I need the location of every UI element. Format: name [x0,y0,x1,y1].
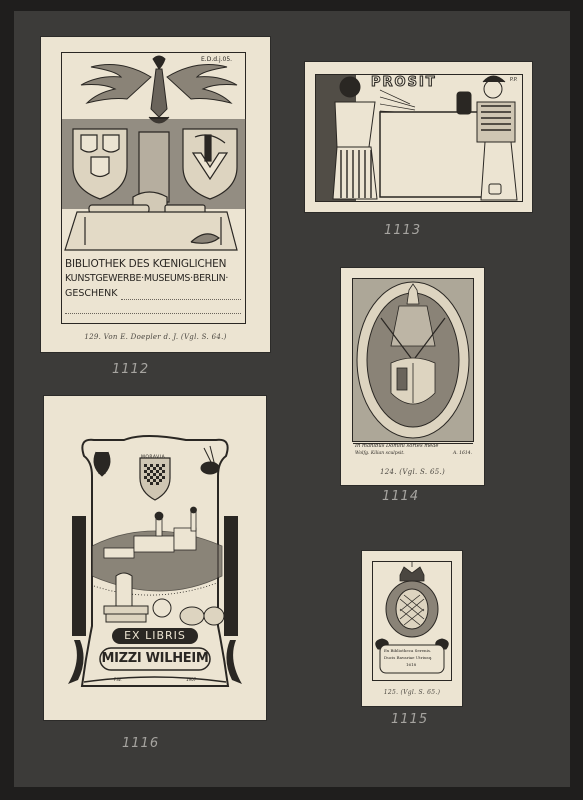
crown-icon [400,561,424,581]
ex-libris-label: EX LIBRIS [112,629,198,642]
bookplate-1113[interactable]: PROSIT P.P. [305,62,532,212]
bookplate-1116-signature-left: F.W. [114,677,122,682]
crowned-arms-illustration [362,551,462,706]
bookplate-1114-year: A. 1614. [453,451,472,456]
bavarian-shield-icon [386,581,438,637]
owner-name: MIZZI WILHEIM [100,651,210,666]
bookplate-1112-signature: E.D.d.j.05. [201,56,232,63]
blank-panel [380,112,490,197]
handwritten-number-1114: 1114 [382,489,419,504]
bookplate-1112-title-line1: BIBLIOTHEK DES KŒNIGLICHEN [65,258,226,270]
handwritten-number-1112: 1112 [112,362,149,377]
bookplate-1115-caption: 125. (Vgl. S. 65.) [362,689,462,696]
eagle-shields-fist-illustration [41,37,270,352]
bookplate-1112[interactable]: BIBLIOTHEK DES KŒNIGLICHEN KUNSTGEWERBE·… [41,37,270,352]
bookplate-1114[interactable]: RVPERTVS PRAEPOSITVS ET ARCHIDIACONVS CA… [341,268,484,485]
bookplate-1116[interactable]: MORAVIA EX LIBRIS MIZZI WILHEIM F.W. 190… [44,396,266,720]
handwritten-number-1115: 1115 [391,712,428,727]
handwritten-number-1116: 1116 [122,736,159,751]
book-icon [65,212,237,250]
eagle-icon [81,56,237,123]
bookplate-1113-title: PROSIT [371,75,437,90]
bookplate-1115-scroll-line2: Ducis Bavariae Utriusq. [384,655,432,660]
handwritten-number-1113: 1113 [384,223,421,238]
ex-libris-moravia-illustration [44,396,266,720]
bookplate-1115[interactable]: Ex Bibliotheca Serenis. Ducis Bavariae U… [362,551,462,706]
bookplate-1114-caption: 124. (Vgl. S. 65.) [341,468,484,476]
bookplate-1112-title-line2: KUNSTGEWERBE·MUSEUMS·BERLIN· [65,273,228,284]
dotted-line [121,299,241,300]
bookplate-1115-scroll-line1: Ex Bibliotheca Serenis. [384,648,431,653]
bookplate-1116-signature-right: 1907 [186,677,196,682]
bookplate-1112-title-line3: GESCHENK [65,288,118,299]
bookplate-1114-motto: In manibus Domini sortes meae [355,443,438,449]
bookplate-1113-signature: P.P. [510,77,518,83]
moravia-label: MORAVIA [141,455,165,460]
dotted-line [65,313,241,314]
bookplate-1112-caption: 129. Von E. Doepler d. J. (Vgl. S. 64.) [41,333,270,341]
bookplate-1115-scroll-line3: 1618 [406,662,416,667]
bookplate-1114-engraver: Wolfg. Kilian sculpsit. [355,451,405,456]
